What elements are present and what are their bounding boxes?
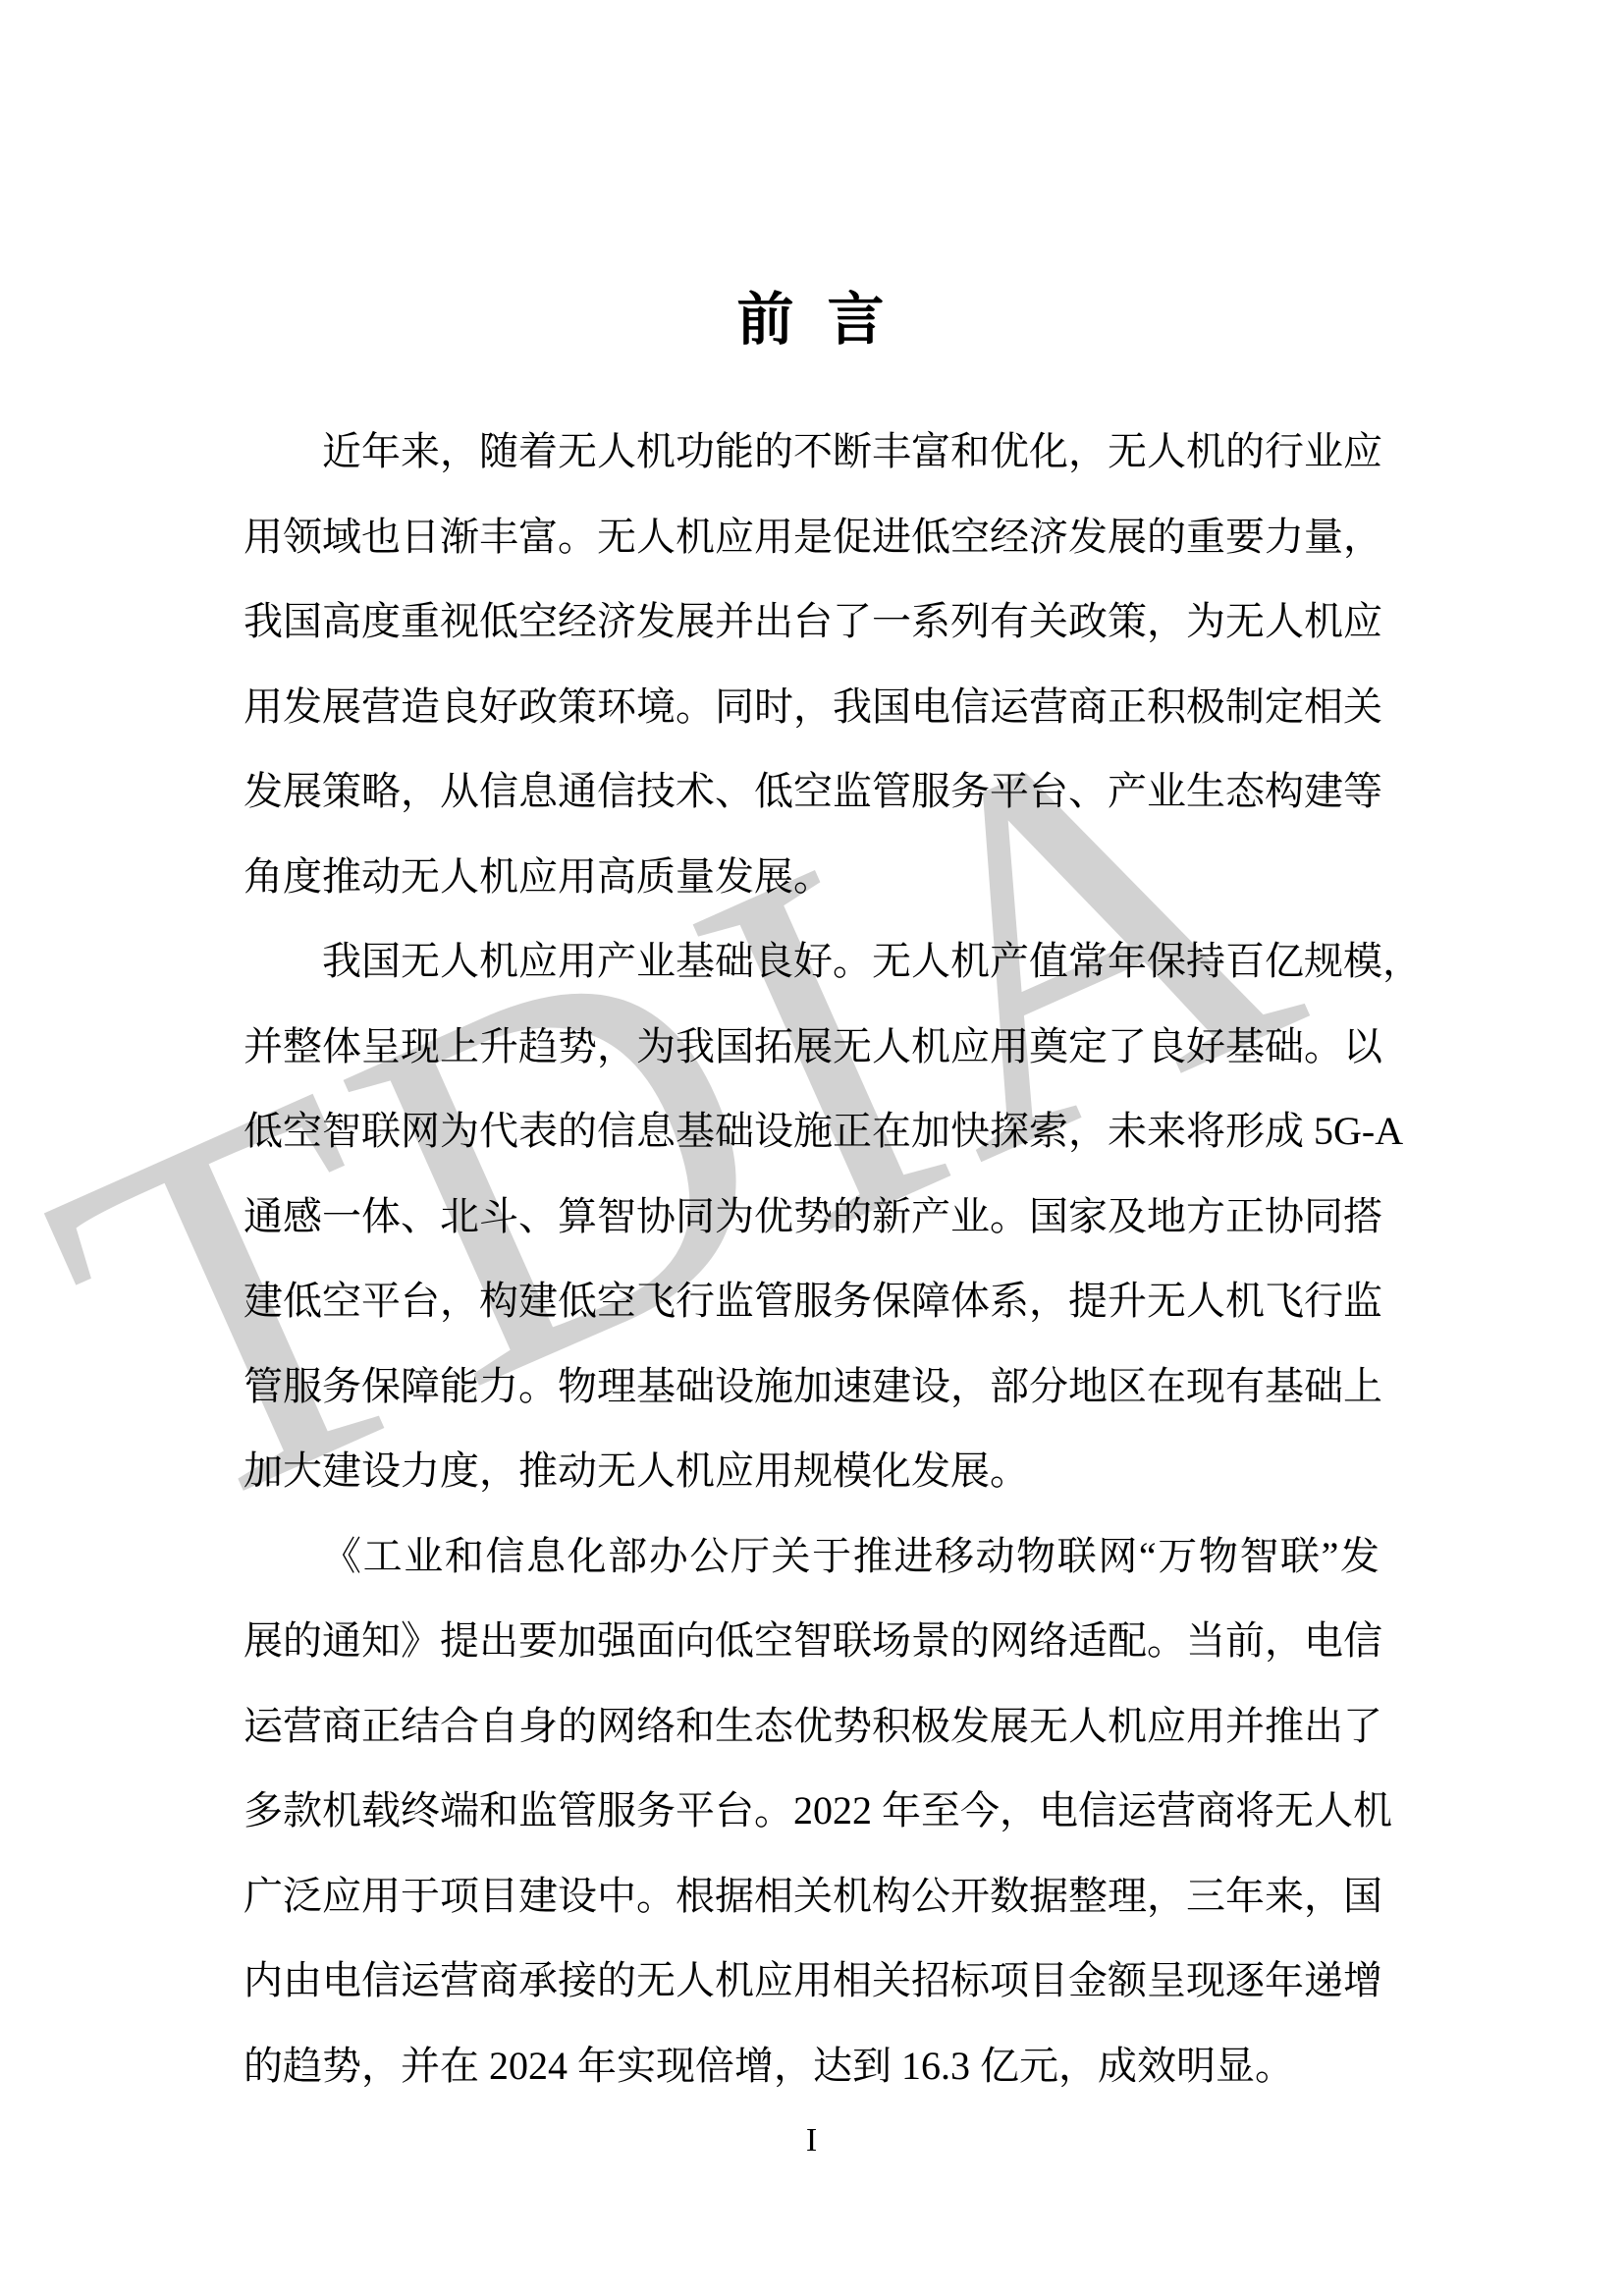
text-line: 我国高度重视低空经济发展并出台了一系列有关政策，为无人机应 <box>243 579 1380 665</box>
text-line: 广泛应用于项目建设中。根据相关机构公开数据整理，三年来，国 <box>243 1854 1380 1940</box>
text-line: 内由电信运营商承接的无人机应用相关招标项目金额呈现逐年递增 <box>243 1939 1380 2024</box>
document-body: 近年来，随着无人机功能的不断丰富和优化，无人机的行业应用领域也日渐丰富。无人机应… <box>243 410 1380 2108</box>
text-line: 用领域也日渐丰富。无人机应用是促进低空经济发展的重要力量， <box>243 495 1380 580</box>
text-line: 我国无人机应用产业基础良好。无人机产值常年保持百亿规模， <box>243 919 1380 1005</box>
text-line: 展的通知》提出要加强面向低空智联场景的网络适配。当前，电信 <box>243 1599 1380 1684</box>
paragraph: 近年来，随着无人机功能的不断丰富和优化，无人机的行业应用领域也日渐丰富。无人机应… <box>243 410 1380 919</box>
text-line: 角度推动无人机应用高质量发展。 <box>243 835 1380 920</box>
text-line: 低空智联网为代表的信息基础设施正在加快探索，未来将形成 5G-A <box>243 1089 1380 1175</box>
text-line: 建低空平台，构建低空飞行监管服务保障体系，提升无人机飞行监 <box>243 1259 1380 1344</box>
page-number: I <box>243 2121 1380 2160</box>
text-line: 《工业和信息化部办公厅关于推进移动物联网“万物智联”发 <box>243 1514 1380 1600</box>
paragraph: 我国无人机应用产业基础良好。无人机产值常年保持百亿规模，并整体呈现上升趋势，为我… <box>243 919 1380 1514</box>
text-line: 通感一体、北斗、算智协同为优势的新产业。国家及地方正协同搭 <box>243 1175 1380 1260</box>
document-page: TDIA 前 言 近年来，随着无人机功能的不断丰富和优化，无人机的行业应用领域也… <box>0 0 1623 2296</box>
text-line: 多款机载终端和监管服务平台。2022 年至今，电信运营商将无人机 <box>243 1769 1380 1854</box>
text-line: 发展策略，从信息通信技术、低空监管服务平台、产业生态构建等 <box>243 749 1380 835</box>
text-line: 的趋势，并在 2024 年实现倍增，达到 16.3 亿元，成效明显。 <box>243 2024 1380 2109</box>
paragraph: 《工业和信息化部办公厅关于推进移动物联网“万物智联”发展的通知》提出要加强面向低… <box>243 1514 1380 2109</box>
text-line: 并整体呈现上升趋势，为我国拓展无人机应用奠定了良好基础。以 <box>243 1005 1380 1090</box>
text-line: 近年来，随着无人机功能的不断丰富和优化，无人机的行业应 <box>243 410 1380 495</box>
text-line: 运营商正结合自身的网络和生态优势积极发展无人机应用并推出了 <box>243 1684 1380 1770</box>
page-title: 前 言 <box>243 291 1380 351</box>
text-line: 管服务保障能力。物理基础设施加速建设，部分地区在现有基础上 <box>243 1344 1380 1430</box>
text-line: 用发展营造良好政策环境。同时，我国电信运营商正积极制定相关 <box>243 665 1380 750</box>
text-line: 加大建设力度，推动无人机应用规模化发展。 <box>243 1429 1380 1514</box>
